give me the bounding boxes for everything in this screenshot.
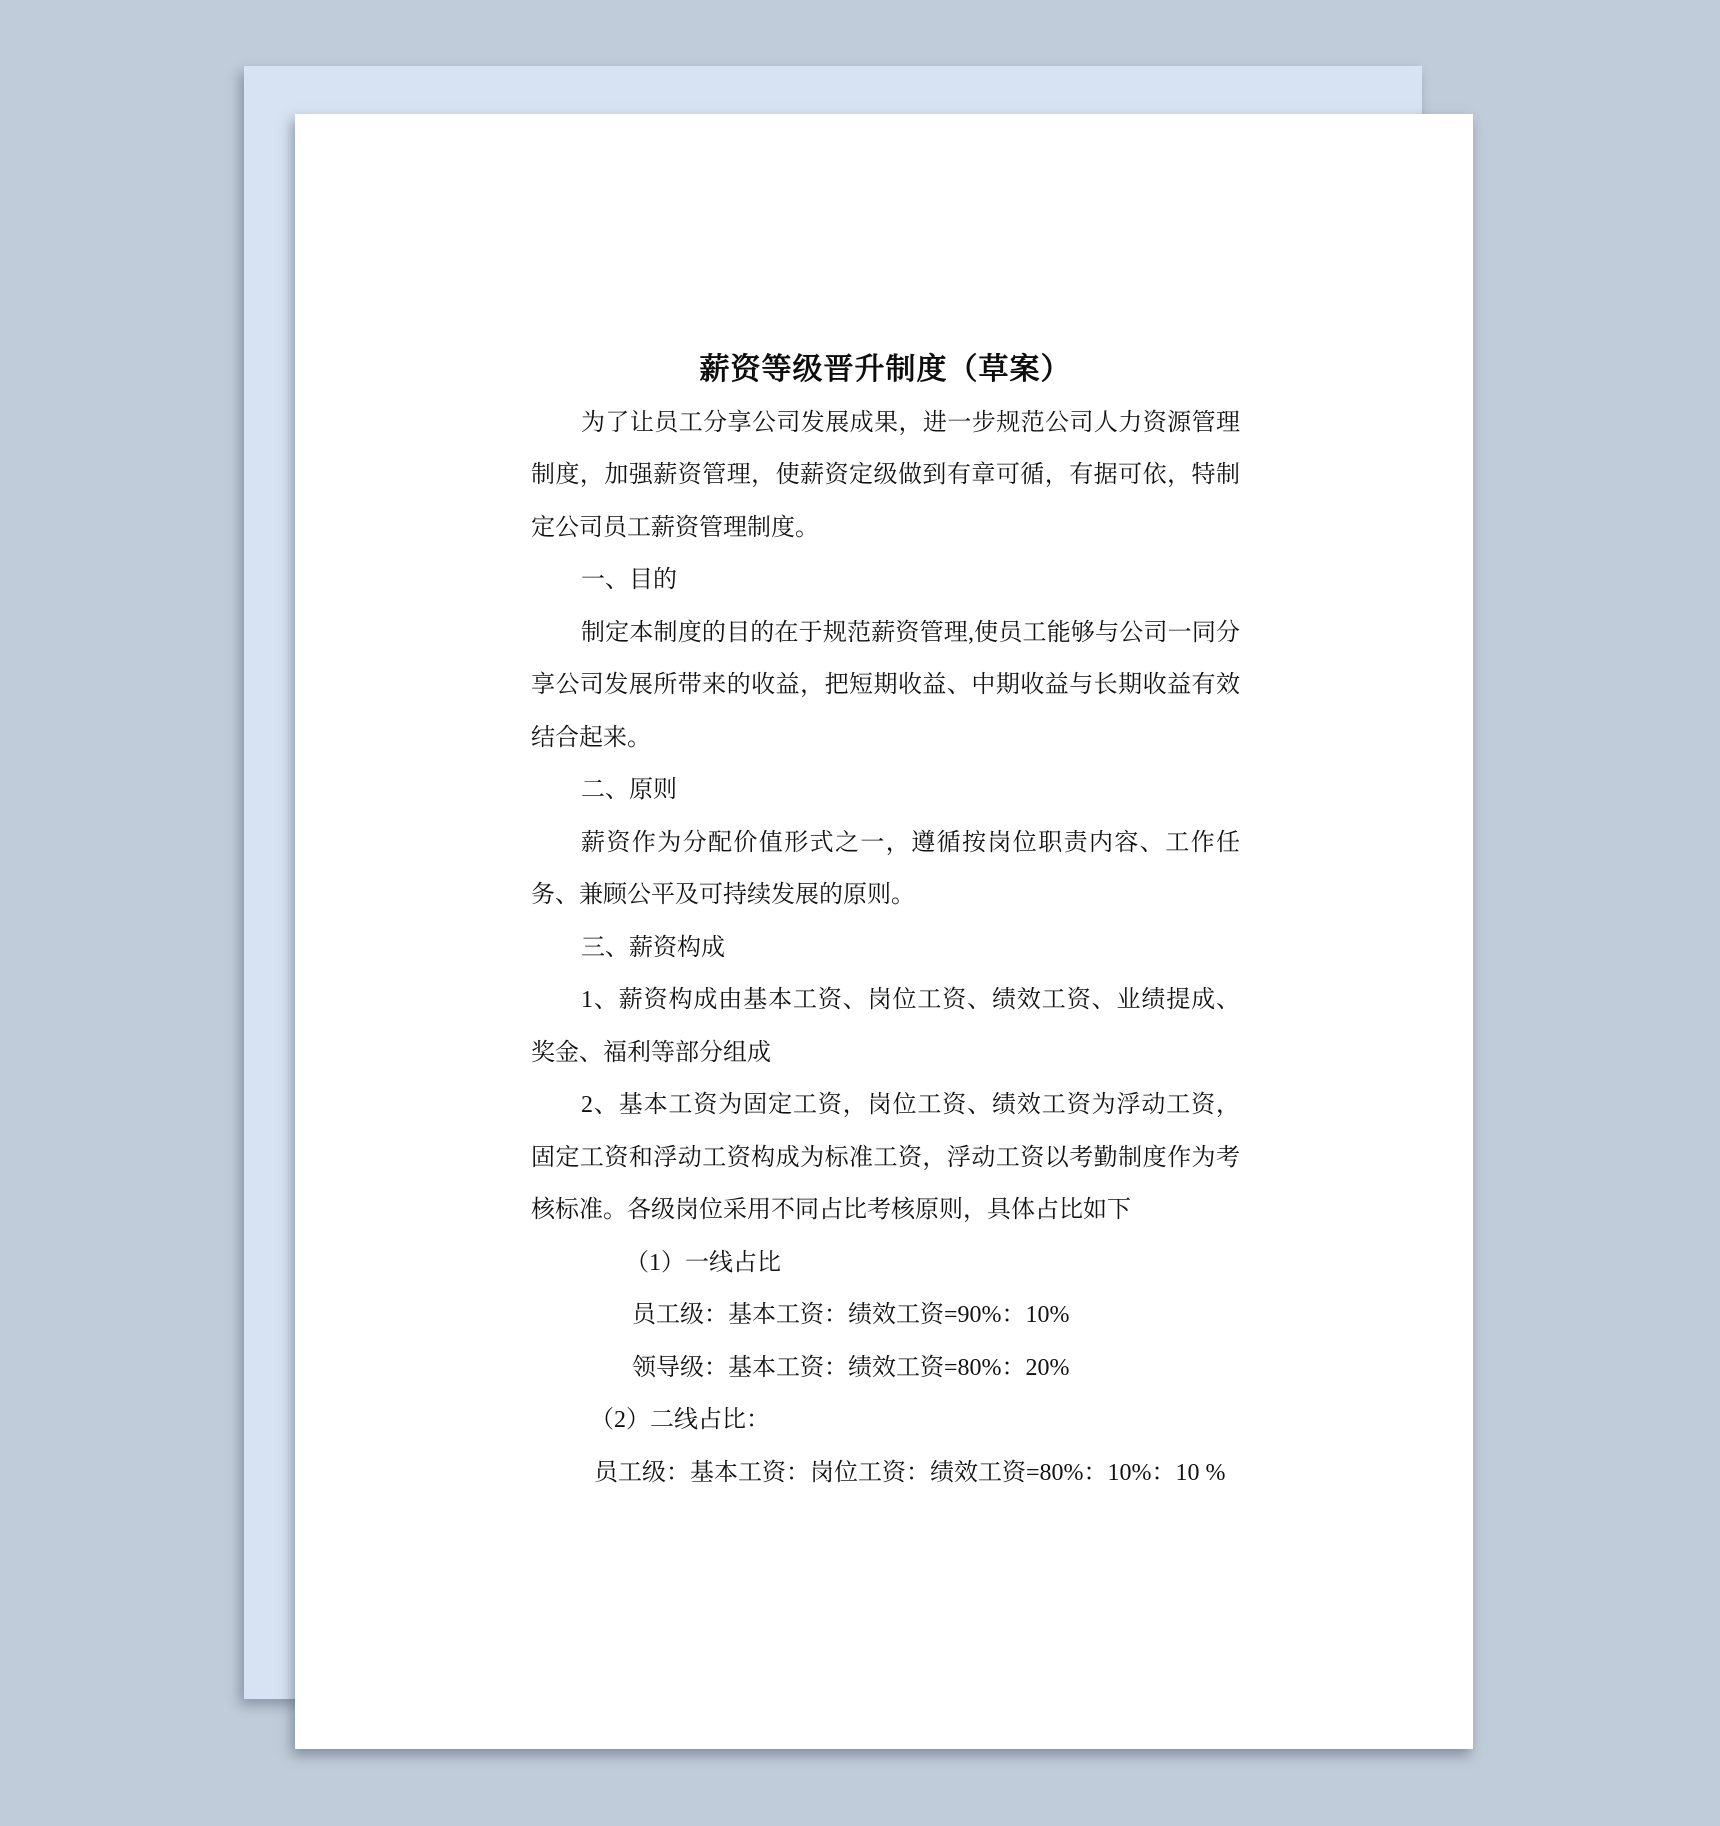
paragraph-intro: 为了让员工分享公司发展成果，进一步规范公司人力资源管理制度，加强薪资管理，使薪资… [531,397,1240,555]
paragraph-purpose-body: 制定本制度的目的在于规范薪资管理,使员工能够与公司一同分享公司发展所带来的收益，… [531,607,1240,765]
subheading-backline-ratio: （2）二线占比： [531,1394,1240,1447]
heading-section-1-purpose: 一、目的 [531,554,1240,607]
heading-section-2-principle: 二、原则 [531,764,1240,817]
subheading-frontline-ratio: （1）一线占比 [531,1237,1240,1290]
paragraph-backline-staff-ratio: 员工级：基本工资：岗位工资：绩效工资=80%：10%：10 % [531,1447,1240,1500]
paragraph-salary-fixed-floating: 2、基本工资为固定工资，岗位工资、绩效工资为浮动工资，固定工资和浮动工资构成为标… [531,1079,1240,1237]
paragraph-frontline-staff-ratio: 员工级：基本工资：绩效工资=90%：10% [531,1289,1240,1342]
heading-section-3-salary-structure: 三、薪资构成 [531,922,1240,975]
canvas-background: { "scene": { "background_color": "#c0ccd… [0,0,1720,1826]
paragraph-frontline-leader-ratio: 领导级：基本工资：绩效工资=80%：20% [531,1342,1240,1395]
document-title: 薪资等级晋升制度（草案） [531,344,1240,397]
document-page: 薪资等级晋升制度（草案） 为了让员工分享公司发展成果，进一步规范公司人力资源管理… [295,114,1473,1749]
paragraph-principle-body: 薪资作为分配价值形式之一，遵循按岗位职责内容、工作任务、兼顾公平及可持续发展的原… [531,817,1240,922]
paragraph-salary-components: 1、薪资构成由基本工资、岗位工资、绩效工资、业绩提成、奖金、福利等部分组成 [531,974,1240,1079]
